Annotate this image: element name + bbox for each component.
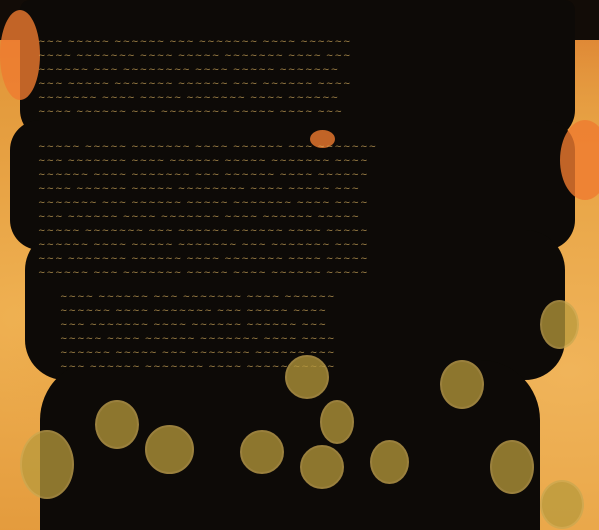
ochre-blob [20,430,74,499]
script-line: ~~~ ~~~~~ ~~~~~~~ ~~~~~~ ~~~ ~~~~~~ ~~~~ [38,77,559,91]
script-line: ~~~~~ ~~~~~~~ ~~~ ~~~~~~ ~~~~~~ ~~~~ ~~~… [38,224,559,238]
script-line: ~~~~~ ~~~~~ ~~~~~~~ ~~~~ ~~~~~~ ~~~ ~~~~… [38,140,559,154]
script-line: ~~~~~~ ~~~~~ ~~~ ~~~~~~~ ~~~~~~ ~~~ [60,346,519,360]
script-block-top: ~~~ ~~~~~ ~~~~~~ ~~~ ~~~~~~~ ~~~~ ~~~~~~… [38,35,559,119]
ochre-blob [145,425,194,474]
script-line: ~~~~ ~~~~~~ ~~~ ~~~~~~~ ~~~~ ~~~~~~ [60,290,519,304]
script-line: ~~~~ ~~~~~~ ~~~ ~~~~~~~~ ~~~~~ ~~~~ ~~~ [38,105,559,119]
ochre-blob [300,445,344,489]
ochre-blob [95,400,139,449]
script-line: ~~~ ~~~~~~~ ~~~~ ~~~~~~ ~~~~~ ~~~~~~~ ~~… [38,154,559,168]
script-line: ~~~ ~~~~~~~ ~~~~ ~~~~~~ ~~~~~~ ~~~ [60,318,519,332]
ochre-blob [320,400,354,444]
script-line: ~~~~~~~ ~~~~ ~~~~~ ~~~~~~~ ~~~~ ~~~~~~ [38,91,559,105]
script-line: ~~~~ ~~~~~~~ ~~~~ ~~~~~ ~~~~~~~ ~~~~ ~~~ [38,49,559,63]
ochre-blob [240,430,284,474]
ochre-blob [440,360,484,409]
painting-canvas: ~~~ ~~~~~ ~~~~~~ ~~~ ~~~~~~~ ~~~~ ~~~~~~… [0,0,599,530]
script-line: ~~~~~ ~~~~ ~~~~~~ ~~~~~~~ ~~~~ ~~~~ [60,332,519,346]
script-block-middle: ~~~~~ ~~~~~ ~~~~~~~ ~~~~ ~~~~~~ ~~~ ~~~~… [38,140,559,280]
script-line: ~~~~~~ ~~~ ~~~~~~~ ~~~~~ ~~~~ ~~~~~~ ~~~… [38,266,559,280]
script-line: ~~~~~~ ~~~~ ~~~~~ ~~~~~~~ ~~~ ~~~~~~~ ~~… [38,238,559,252]
script-line: ~~~~~~ ~~~ ~~~~~~~~ ~~~~ ~~~~~ ~~~~~~~ [38,63,559,77]
script-line: ~~~ ~~~~~~~ ~~~~~~ ~~~~ ~~~~~~~ ~~~~ ~~~… [38,252,559,266]
script-line: ~~~~~~~ ~~~ ~~~~~~ ~~~~~ ~~~~~~~ ~~~~ ~~… [38,196,559,210]
ochre-blob [490,440,534,494]
script-block-bottom: ~~~~ ~~~~~~ ~~~ ~~~~~~~ ~~~~ ~~~~~~ ~~~~… [60,290,519,374]
script-line: ~~~~ ~~~~~~ ~~~~~ ~~~~~~~~ ~~~~ ~~~~~ ~~… [38,182,559,196]
script-line: ~~~~~~ ~~~~ ~~~~~~~ ~~~ ~~~~~ ~~~~ [60,304,519,318]
script-line: ~~~~~~ ~~~~ ~~~~~~~ ~~~ ~~~~~~ ~~~~ ~~~~… [38,168,559,182]
ochre-blob [370,440,409,484]
script-line: ~~~ ~~~~~~ ~~~~ ~~~~~~~ ~~~~ ~~~~~~ ~~~~… [38,210,559,224]
script-line: ~~~ ~~~~~ ~~~~~~ ~~~ ~~~~~~~ ~~~~ ~~~~~~ [38,35,559,49]
ochre-blob [540,300,579,349]
orange-smudge-left [0,10,40,100]
ochre-blob [285,355,329,399]
ochre-blob [540,480,584,529]
